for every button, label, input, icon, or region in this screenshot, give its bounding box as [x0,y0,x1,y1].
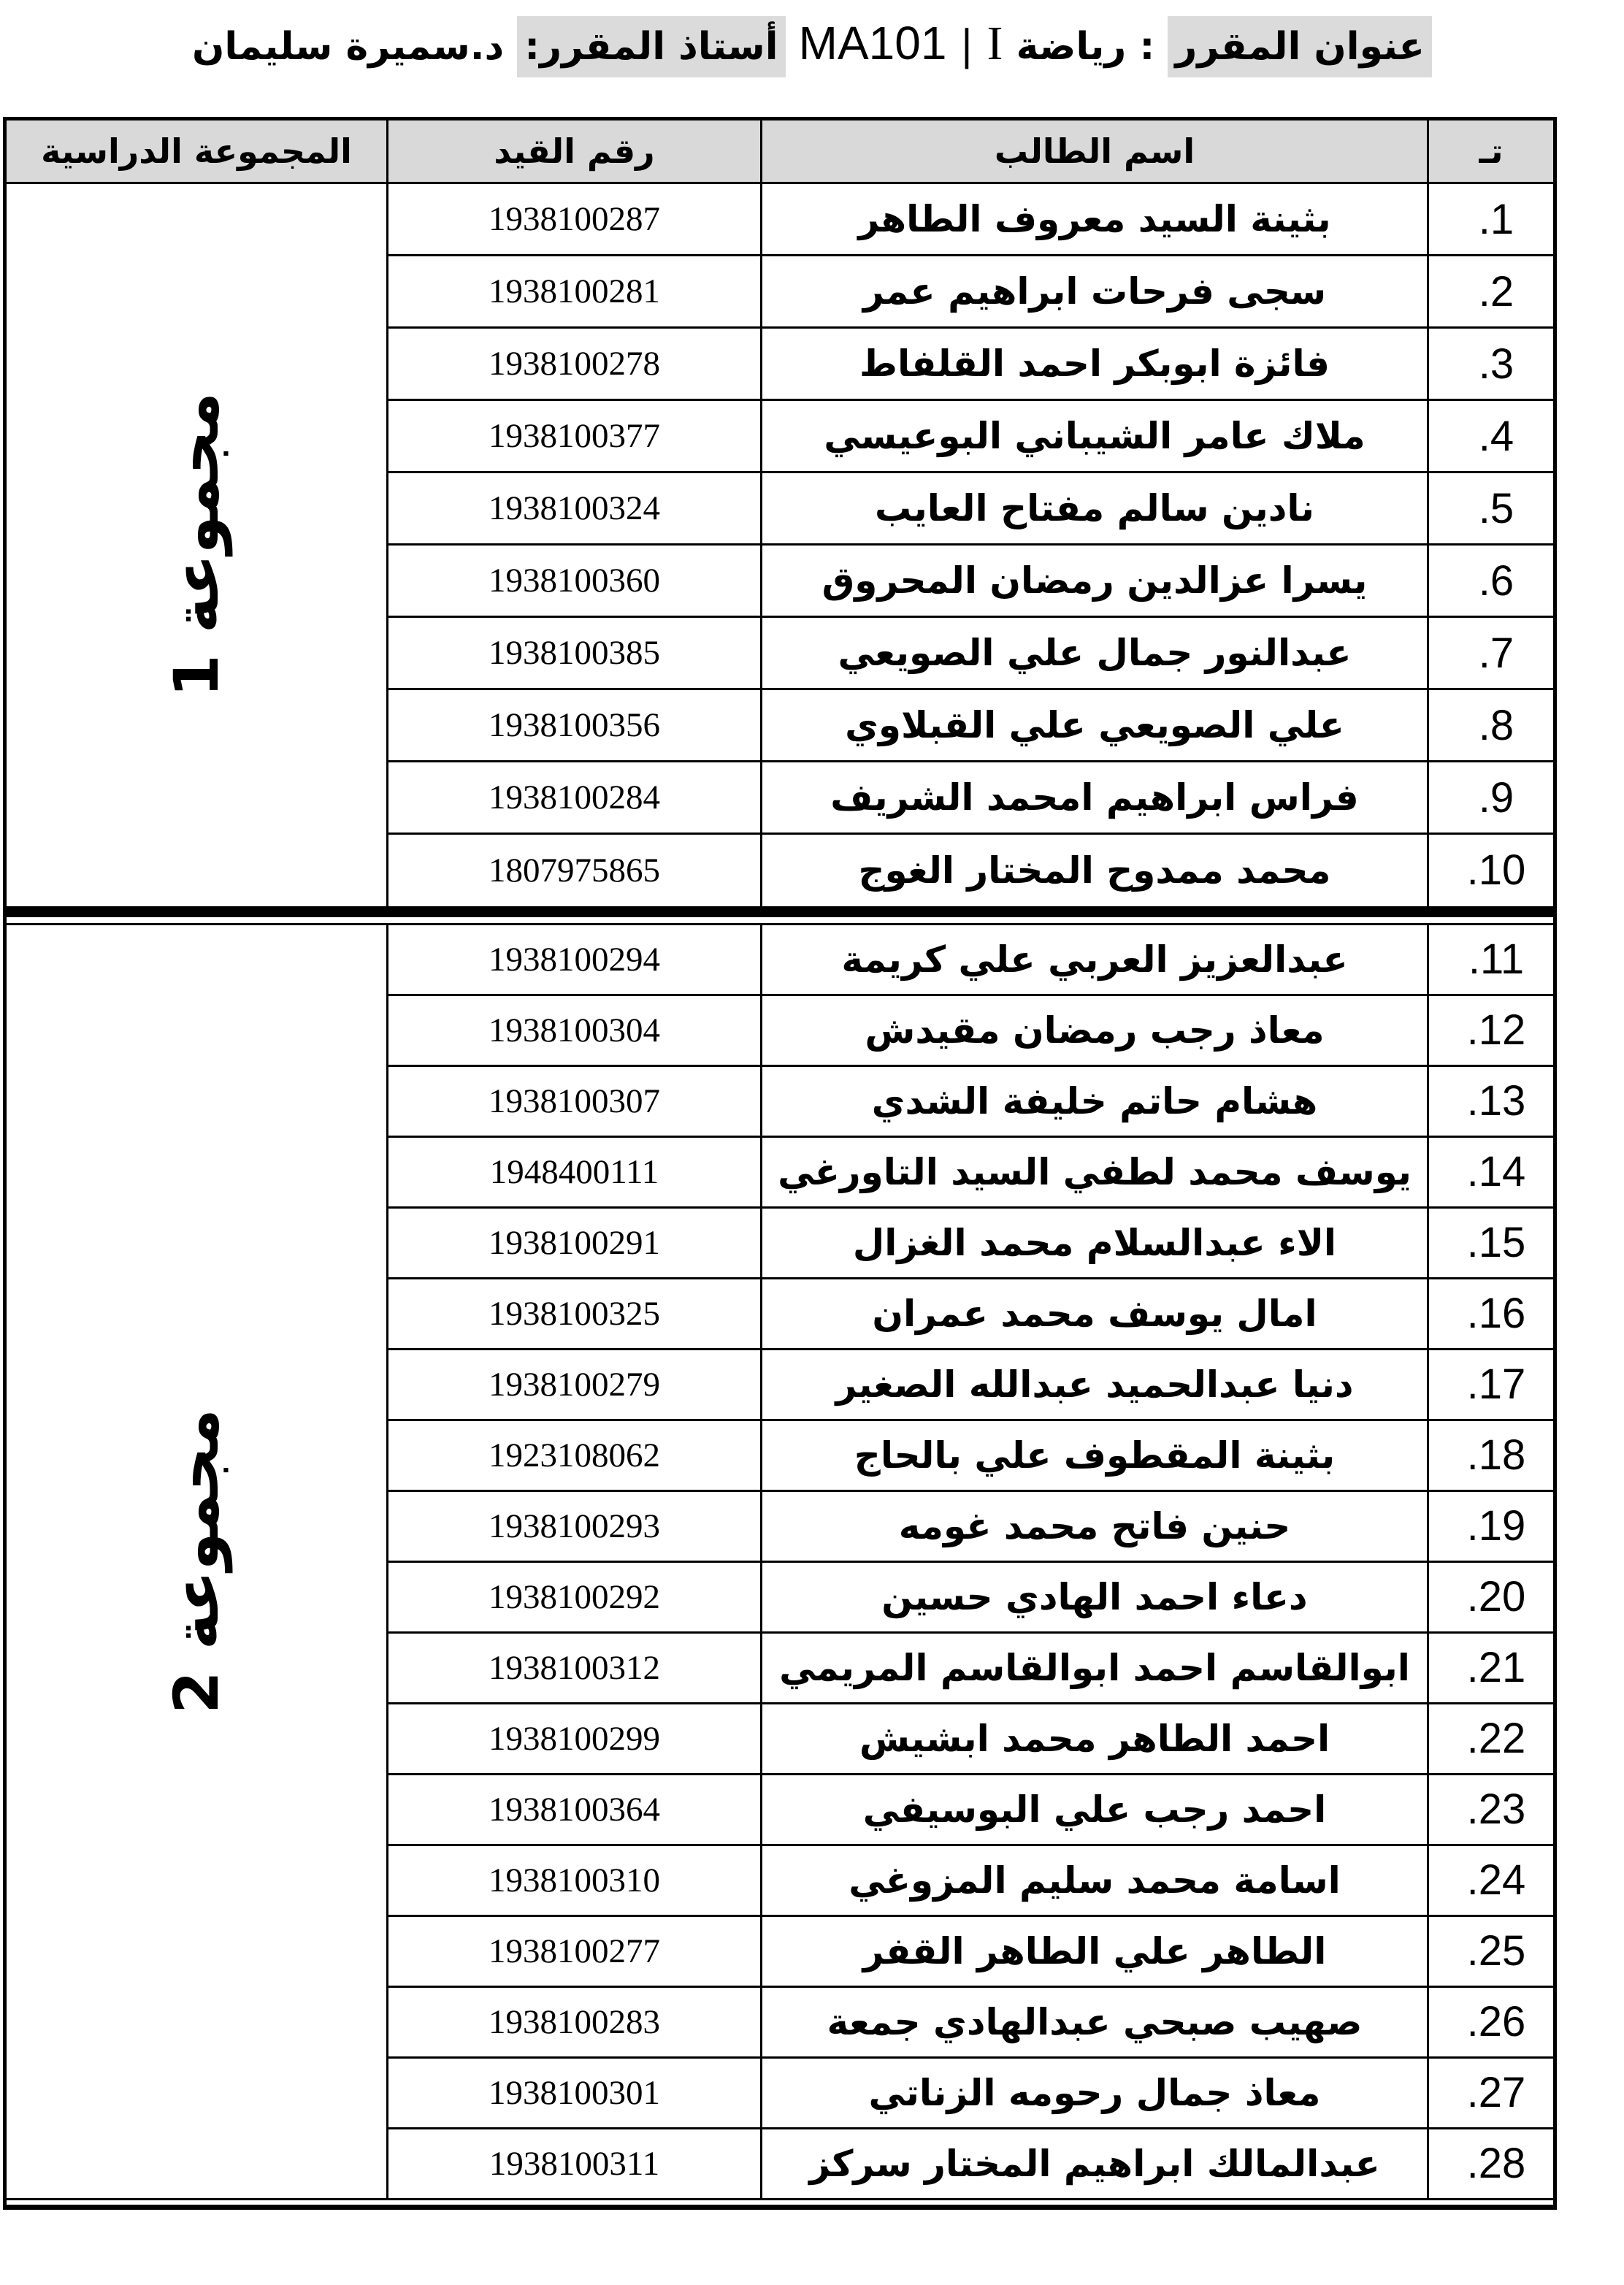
registration-number-cell: 1938100291 [388,1207,762,1278]
course-roman-numeral: I [987,17,1003,70]
student-name-cell: دنيا عبدالحميد عبدالله الصغير [762,1349,1428,1420]
registration-number-cell: 1938100283 [388,1986,762,2057]
table-header: تـ اسم الطالب رقم القيد المجموعة الدراسي… [5,119,1555,183]
registration-number-cell: 1938100277 [388,1915,762,1986]
index-cell: 28. [1428,2128,1555,2199]
table-body: 1.بثينة السيد معروف الطاهر1938100287مجمو… [5,183,1555,2210]
registration-number-cell: 1938100364 [388,1774,762,1845]
index-cell: 20. [1428,1561,1555,1632]
registration-number-cell: 1938100310 [388,1845,762,1915]
student-name-cell: محمد ممدوح المختار الغوج [762,834,1428,906]
index-cell: 27. [1428,2057,1555,2128]
student-name-cell: يسرا عزالدين رمضان المحروق [762,545,1428,617]
col-header-index: تـ [1428,119,1555,183]
registration-number-cell: 1938100278 [388,328,762,400]
study-group-cell: مجموعة 2 [5,924,388,2199]
registration-number-cell: 1923108062 [388,1420,762,1490]
col-header-student-name: اسم الطالب [762,119,1428,183]
student-name-cell: عبدالعزيز العربي علي كريمة [762,924,1428,995]
index-cell: 13. [1428,1065,1555,1136]
title-pipe-divider: | [960,22,974,69]
student-name-cell: عبدالمالك ابراهيم المختار سركز [762,2128,1428,2199]
index-cell: 6. [1428,545,1555,617]
table-bottom-border [5,2199,1555,2210]
study-group-label: مجموعة 2 [166,1409,227,1714]
index-cell: 23. [1428,1774,1555,1845]
registration-number-cell: 1938100360 [388,545,762,617]
registration-number-cell: 1938100307 [388,1065,762,1136]
student-name-cell: نادين سالم مفتاح العايب [762,472,1428,545]
course-code: MA101 [799,17,947,69]
registration-number-cell: 1938100301 [388,2057,762,2128]
student-name-cell: علي الصويعي علي القبلاوي [762,689,1428,762]
student-name-cell: الاء عبدالسلام محمد الغزال [762,1207,1428,1278]
student-name-cell: هشام حاتم خليفة الشدي [762,1065,1428,1136]
registration-number-cell: 1938100299 [388,1703,762,1774]
registration-number-cell: 1938100287 [388,183,762,256]
index-cell: 15. [1428,1207,1555,1278]
registration-number-cell: 1938100312 [388,1632,762,1703]
registration-number-cell: 1938100279 [388,1349,762,1420]
table-header-row: تـ اسم الطالب رقم القيد المجموعة الدراسي… [5,119,1555,183]
student-name-cell: معاذ جمال رحومه الزناتي [762,2057,1428,2128]
registration-number-cell: 1948400111 [388,1136,762,1207]
registration-number-cell: 1938100385 [388,617,762,689]
table-bottom-band [7,2200,1553,2210]
index-cell: 22. [1428,1703,1555,1774]
group-separator [5,906,1555,925]
student-name-cell: صهيب صبحي عبدالهادي جمعة [762,1986,1428,2057]
student-name-cell: عبدالنور جمال علي الصويعي [762,617,1428,689]
index-cell: 17. [1428,1349,1555,1420]
registration-number-cell: 1938100377 [388,400,762,472]
index-cell: 1. [1428,183,1555,256]
registration-number-cell: 1938100284 [388,762,762,834]
student-name-cell: امال يوسف محمد عمران [762,1278,1428,1349]
student-name-cell: يوسف محمد لطفي السيد التاورغي [762,1136,1428,1207]
registration-number-cell: 1938100324 [388,472,762,545]
index-cell: 16. [1428,1278,1555,1349]
index-cell: 24. [1428,1845,1555,1915]
index-cell: 7. [1428,617,1555,689]
registration-number-cell: 1938100325 [388,1278,762,1349]
student-name-cell: معاذ رجب رمضان مقيدش [762,995,1428,1065]
study-group-cell: مجموعة 1 [5,183,388,906]
group-separator-band [7,906,1553,923]
index-cell: 18. [1428,1420,1555,1490]
student-name-cell: فراس ابراهيم امحمد الشريف [762,762,1428,834]
student-name-cell: فائزة ابوبكر احمد القلفاط [762,328,1428,400]
course-title-separator: : [1126,25,1154,69]
student-name-cell: حنين فاتح محمد غومه [762,1490,1428,1561]
students-table: تـ اسم الطالب رقم القيد المجموعة الدراسي… [3,117,1557,2210]
registration-number-cell: 1938100311 [388,2128,762,2199]
instructor-name: د.سميرة سليمان [192,25,504,69]
instructor-label: أستاذ المقرر: [517,16,785,77]
student-name-cell: سجى فرحات ابراهيم عمر [762,256,1428,328]
student-name-cell: احمد رجب علي البوسيفي [762,1774,1428,1845]
course-name: رياضة [1016,25,1127,69]
registration-number-cell: 1938100281 [388,256,762,328]
index-cell: 3. [1428,328,1555,400]
registration-number-cell: 1938100356 [388,689,762,762]
study-group-label: مجموعة 1 [166,392,227,697]
registration-number-cell: 1938100292 [388,1561,762,1632]
course-title-label: عنوان المقرر [1168,16,1432,77]
registration-number-cell: 1807975865 [388,834,762,906]
page: عنوان المقرر : رياضة I | MA101 أستاذ الم… [0,0,1624,2285]
index-cell: 12. [1428,995,1555,1065]
index-cell: 14. [1428,1136,1555,1207]
index-cell: 8. [1428,689,1555,762]
index-cell: 4. [1428,400,1555,472]
registration-number-cell: 1938100293 [388,1490,762,1561]
document-title: عنوان المقرر : رياضة I | MA101 أستاذ الم… [0,0,1624,101]
index-cell: 26. [1428,1986,1555,2057]
table-row: 1.بثينة السيد معروف الطاهر1938100287مجمو… [5,183,1555,256]
student-name-cell: دعاء احمد الهادي حسين [762,1561,1428,1632]
index-cell: 11. [1428,924,1555,995]
index-cell: 10. [1428,834,1555,906]
student-name-cell: الطاهر علي الطاهر القفر [762,1915,1428,1986]
table-row: 11.عبدالعزيز العربي علي كريمة1938100294م… [5,924,1555,995]
registration-number-cell: 1938100304 [388,995,762,1065]
col-header-study-group: المجموعة الدراسية [5,119,388,183]
student-name-cell: احمد الطاهر محمد ابشيش [762,1703,1428,1774]
index-cell: 21. [1428,1632,1555,1703]
student-name-cell: ابوالقاسم احمد ابوالقاسم المريمي [762,1632,1428,1703]
index-cell: 9. [1428,762,1555,834]
index-cell: 25. [1428,1915,1555,1986]
student-name-cell: بثينة السيد معروف الطاهر [762,183,1428,256]
index-cell: 5. [1428,472,1555,545]
student-name-cell: ملاك عامر الشيباني البوعيسي [762,400,1428,472]
registration-number-cell: 1938100294 [388,924,762,995]
col-header-registration-number: رقم القيد [388,119,762,183]
student-name-cell: اسامة محمد سليم المزوغي [762,1845,1428,1915]
index-cell: 2. [1428,256,1555,328]
index-cell: 19. [1428,1490,1555,1561]
student-name-cell: بثينة المقطوف علي بالحاج [762,1420,1428,1490]
